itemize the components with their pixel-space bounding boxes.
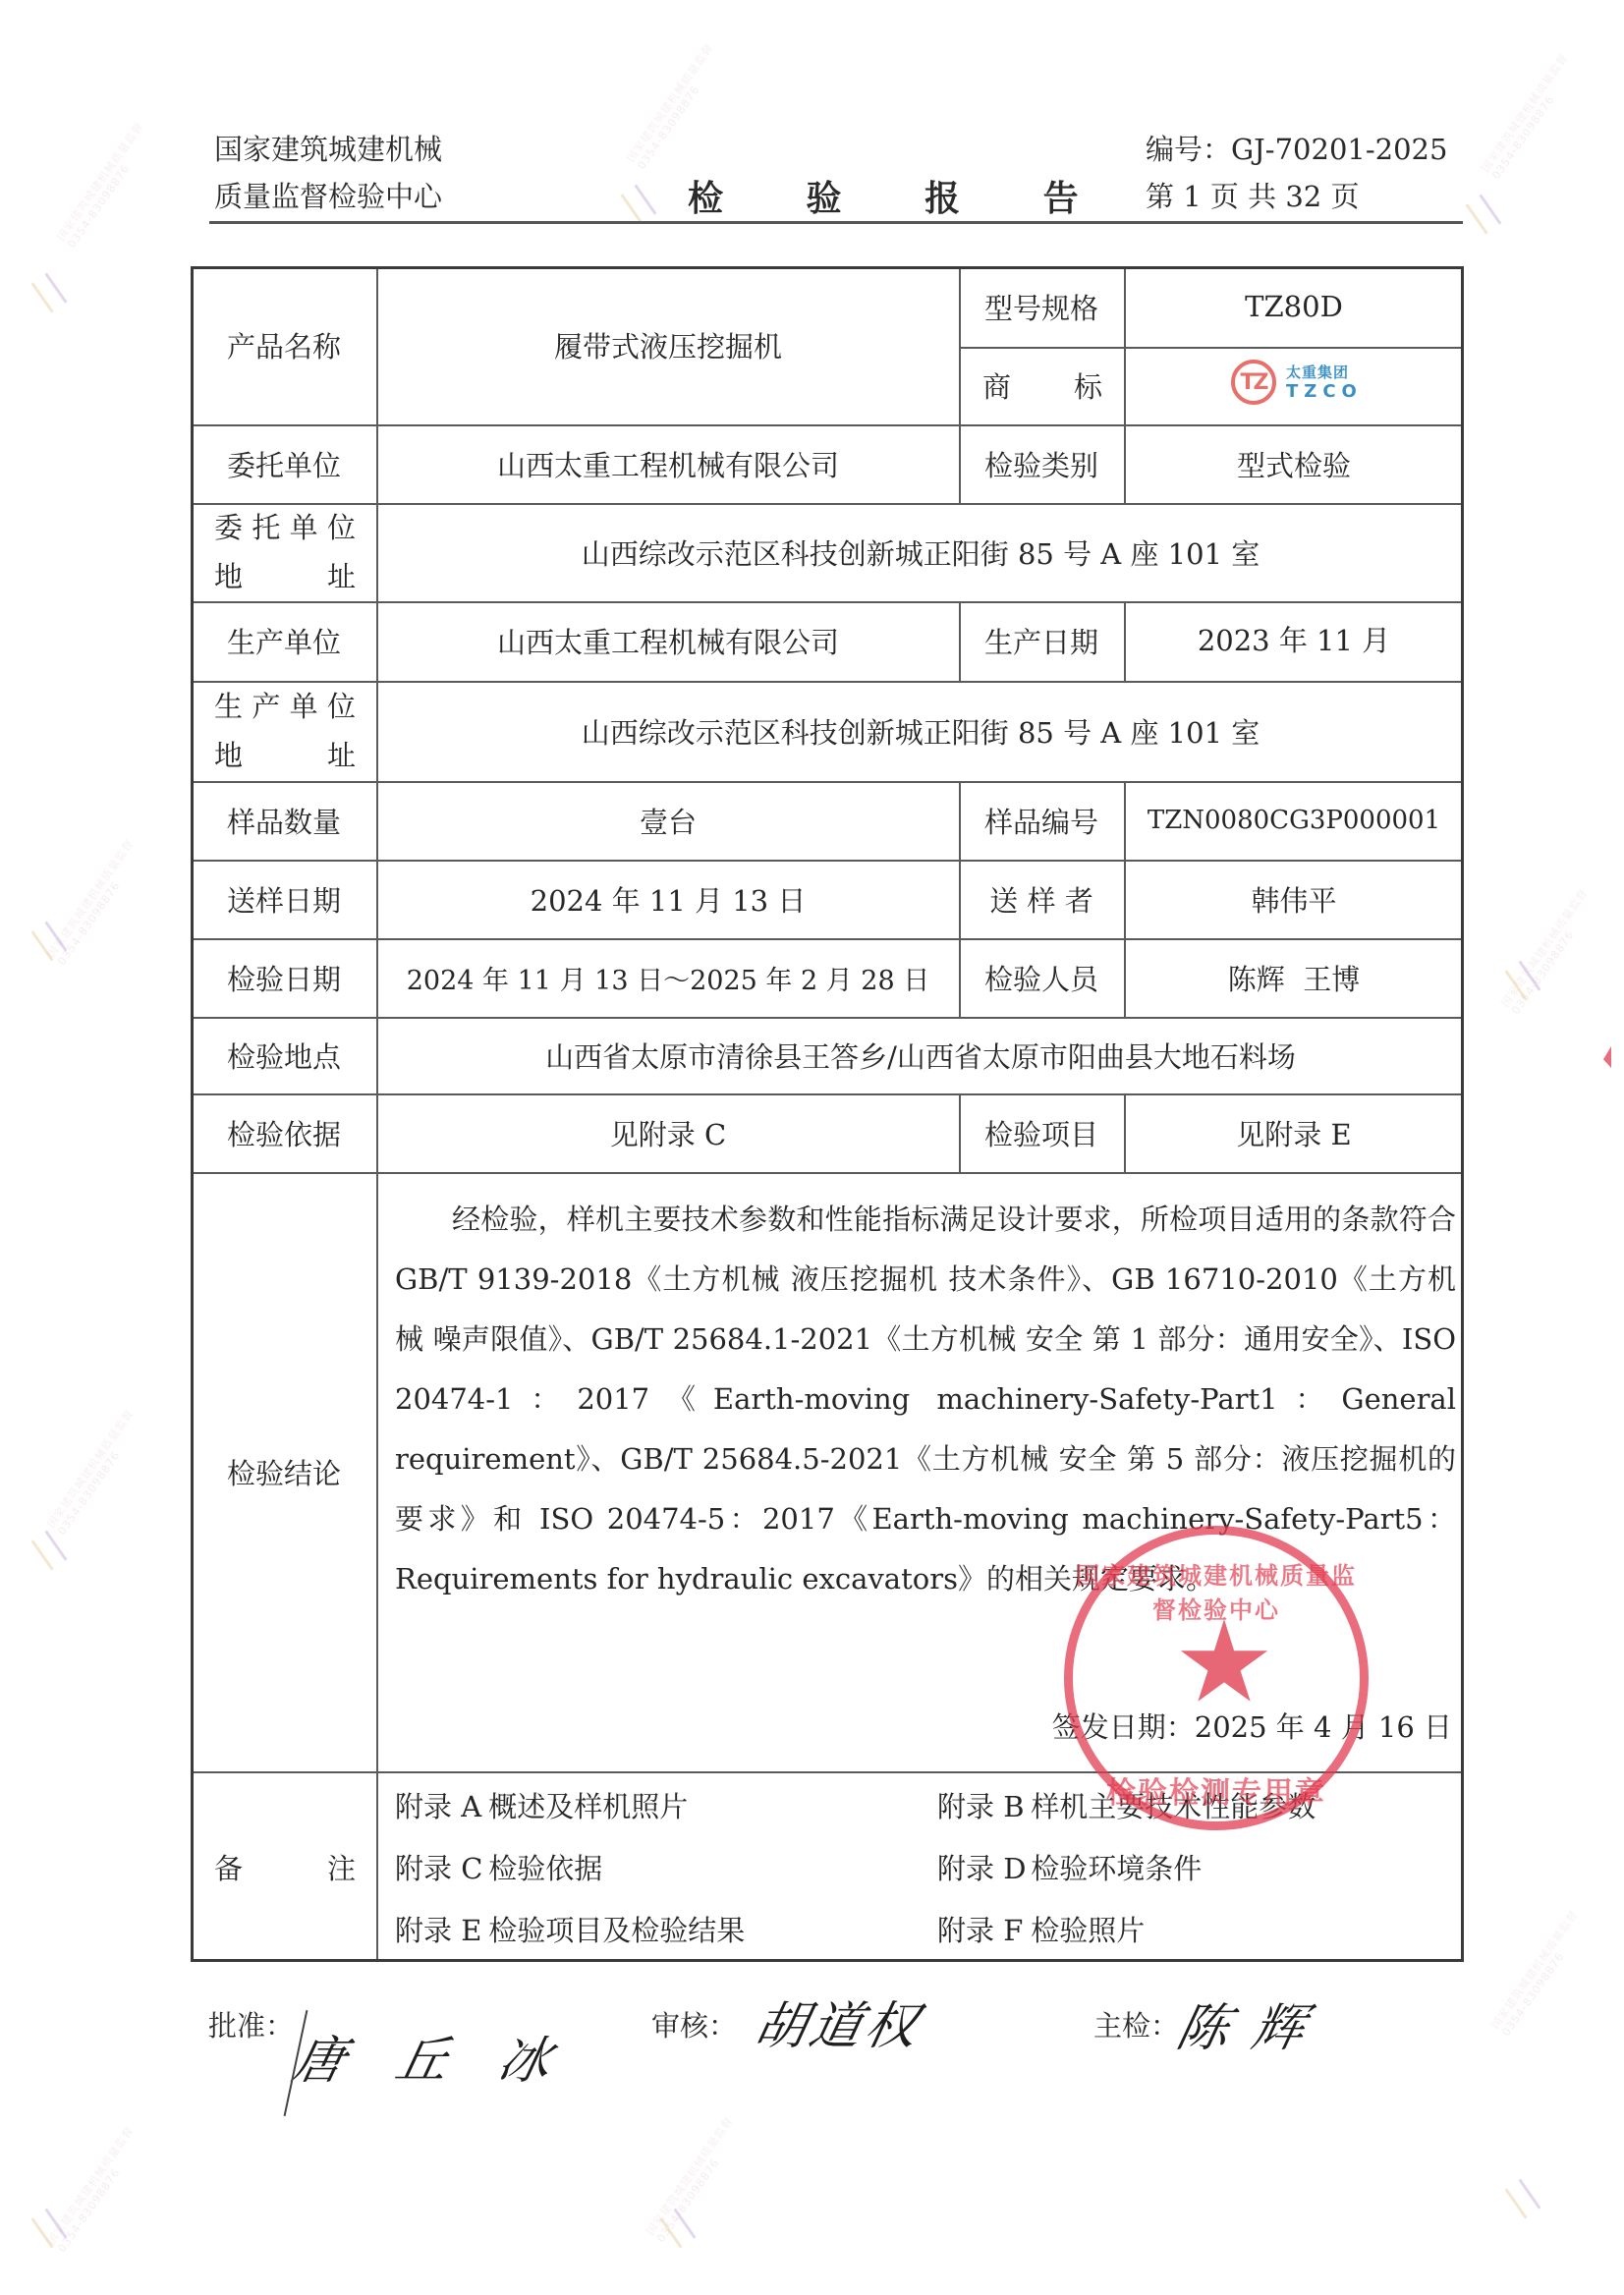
appendix-title: 检验项目及检验结果: [488, 1914, 745, 1947]
appendix-item: 附录 D 检验环境条件: [937, 1847, 1202, 1887]
watermark-logo-icon: [30, 273, 67, 313]
client-address-label-line2: 地 址: [214, 552, 356, 601]
chief-label: 主检：: [1093, 2004, 1179, 2044]
brand-logo-cn: 太重集团: [1286, 363, 1363, 382]
appendix-title: 检验环境条件: [1031, 1852, 1202, 1885]
watermark-text: 国家建筑城建机械质量监督0354-83098876: [45, 2119, 162, 2263]
remarks-label: 备 注: [191, 1771, 377, 1962]
appendix-item: 附录 A 概述及样机照片: [395, 1785, 688, 1825]
inspection-date-label: 检验日期: [191, 938, 377, 1017]
appendix-key: 附录 F: [937, 1909, 1022, 1949]
remarks-label-char2: 注: [327, 1847, 356, 1887]
location-label: 检验地点: [191, 1017, 377, 1093]
label-char: 址: [327, 552, 356, 601]
manufacturer-value: 山西太重工程机械有限公司: [377, 601, 959, 681]
watermark-text: 国家建筑城建机械质量监督0354-83098876: [55, 115, 172, 258]
delivery-date-label: 送样日期: [191, 860, 377, 938]
product-name-value: 履带式液压挖掘机: [377, 266, 959, 424]
inspectors-value: 陈辉 王博: [1124, 938, 1464, 1017]
location-value: 山西省太原市清徐县王答乡/山西省太原市阳曲县大地石料场: [377, 1017, 1464, 1093]
watermark-text: 国家建筑城建机械质量监督0354-83098876: [1499, 881, 1616, 1025]
brand-label: 商 标: [959, 347, 1124, 424]
appendix-title: 样机主要技术性能参数: [1031, 1790, 1316, 1823]
watermark-text: 国家建筑城建机械质量监督0354-83098876: [644, 2109, 761, 2253]
org-name-line1: 国家建筑城建机械: [214, 128, 442, 168]
label-char: 地: [214, 731, 243, 780]
chief-signature: 陈 辉: [1171, 1987, 1316, 2060]
watermark-logo-icon: [30, 1531, 67, 1571]
manufacturer-address-label-line1: 生产单位: [214, 682, 356, 731]
watermark-text: 国家建筑城建机械质量监督0354-83098876: [1489, 1903, 1606, 2046]
appendix-title: 概述及样机照片: [488, 1790, 688, 1823]
report-table: 产品名称 履带式液压挖掘机 型号规格 TZ80D 商 标 委托单位 山西太重工程…: [191, 266, 1464, 1962]
watermark-text: 国家建筑城建机械质量监督0354-83098876: [45, 832, 162, 976]
sample-quantity-value: 壹台: [377, 781, 959, 860]
approve-signature: 唐 丘 冰: [287, 2019, 577, 2093]
model-label: 型号规格: [959, 266, 1124, 347]
watermark-logo-icon: [1465, 195, 1501, 235]
approve-label: 批准：: [208, 2004, 294, 2044]
page-title: 检 验 报 告: [688, 171, 1114, 221]
appendix-key: 附录 A: [395, 1785, 479, 1825]
basis-label: 检验依据: [191, 1093, 377, 1172]
watermark-logo-icon: [620, 185, 656, 225]
inspection-date-value: 2024 年 11 月 13 日～2025 年 2 月 28 日: [377, 938, 959, 1017]
production-date-label: 生产日期: [959, 601, 1124, 681]
watermark-text: 国家建筑城建机械质量监督0354-83098876: [625, 36, 742, 180]
model-value: TZ80D: [1124, 266, 1464, 347]
sample-number-label: 样品编号: [959, 781, 1124, 860]
sender-label: 送 样 者: [959, 860, 1124, 938]
appendix-title: 检验依据: [488, 1852, 602, 1885]
sample-number-value: TZN0080CG3P000001: [1124, 781, 1464, 860]
production-date-value: 2023 年 11 月: [1124, 601, 1464, 676]
remarks-label-char1: 备: [214, 1847, 243, 1887]
appendix-key: 附录 D: [937, 1847, 1022, 1887]
items-label: 检验项目: [959, 1093, 1124, 1172]
brand-label-char2: 标: [1074, 365, 1102, 406]
org-name-line2: 质量监督检验中心: [214, 175, 442, 215]
appendix-item: 附录 F 检验照片: [937, 1909, 1145, 1949]
appendix-item: 附录 C 检验依据: [395, 1847, 602, 1887]
manufacturer-label: 生产单位: [191, 601, 377, 681]
appendix-key: 附录 E: [395, 1909, 479, 1949]
manufacturer-address-label-line2: 地 址: [214, 731, 356, 780]
appendix-key: 附录 C: [395, 1847, 479, 1887]
appendix-item: 附录 E 检验项目及检验结果: [395, 1909, 745, 1949]
brand-logo: TZ 太重集团 TZCO: [1231, 357, 1388, 408]
review-label: 审核：: [651, 2004, 737, 2044]
sender-value: 韩伟平: [1124, 860, 1464, 938]
conclusion-text: 经检验，样机主要技术参数和性能指标满足设计要求，所检项目适用的条款符合 GB/T…: [395, 1190, 1456, 1609]
watermark-text: 国家建筑城建机械质量监督0354-83098876: [1480, 46, 1596, 190]
manufacturer-address-value: 山西综改示范区科技创新城正阳街 85 号 A 座 101 室: [377, 681, 1464, 781]
appendix-title: 检验照片: [1031, 1914, 1145, 1947]
client-value: 山西太重工程机械有限公司: [377, 424, 959, 503]
paging-seal-fragment: [1603, 1046, 1611, 1068]
client-address-value: 山西综改示范区科技创新城正阳街 85 号 A 座 101 室: [377, 503, 1464, 601]
client-address-label: 委托单位 地 址: [191, 503, 377, 601]
report-number: 编号：GJ-70201-2025: [1146, 128, 1447, 168]
header-rule: [209, 221, 1463, 224]
review-signature: 胡道权: [749, 1985, 929, 2058]
watermark-logo-icon: [1504, 2179, 1540, 2219]
items-value: 见附录 E: [1124, 1093, 1464, 1172]
brand-logo-text: 太重集团 TZCO: [1286, 363, 1363, 402]
inspection-type-value: 型式检验: [1124, 424, 1464, 503]
client-label: 委托单位: [191, 424, 377, 503]
conclusion-label: 检验结论: [191, 1172, 377, 1771]
brand-label-char1: 商: [982, 365, 1011, 406]
tzco-mark-icon: TZ: [1231, 360, 1276, 405]
brand-logo-en: TZCO: [1286, 382, 1363, 402]
basis-value: 见附录 C: [377, 1093, 959, 1172]
issue-date: 签发日期：2025 年 4 月 16 日: [1052, 1706, 1452, 1746]
manufacturer-address-label: 生产单位 地 址: [191, 681, 377, 781]
label-char: 址: [327, 731, 356, 780]
appendix-item: 附录 B 样机主要技术性能参数: [937, 1785, 1316, 1825]
appendix-key: 附录 B: [937, 1785, 1022, 1825]
watermark-text: 国家建筑城建机械质量监督0354-83098876: [45, 1402, 162, 1545]
label-char: 地: [214, 552, 243, 601]
inspection-type-label: 检验类别: [959, 424, 1124, 503]
product-name-label: 产品名称: [191, 266, 377, 424]
client-address-label-line1: 委托单位: [214, 503, 356, 552]
page-info: 第 1 页 共 32 页: [1146, 175, 1359, 215]
inspectors-label: 检验人员: [959, 938, 1124, 1017]
sample-quantity-label: 样品数量: [191, 781, 377, 860]
delivery-date-value: 2024 年 11 月 13 日: [377, 860, 959, 938]
